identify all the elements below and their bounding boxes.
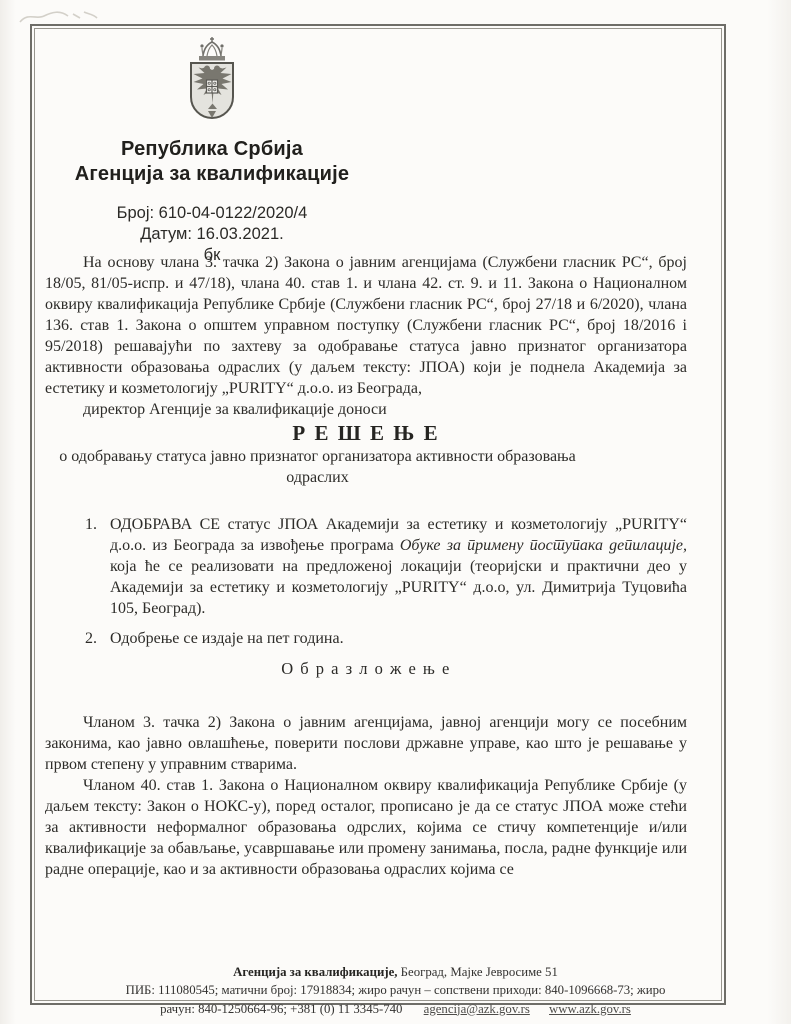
- decision-title: Р Е Ш Е Њ Е: [45, 420, 687, 446]
- decision-item-1: 1. ОДОБРАВА СЕ статус ЈПОА Академији за …: [45, 514, 687, 619]
- item-text: ОДОБРАВА СЕ статус ЈПОА Академији за ест…: [110, 514, 687, 619]
- item-text-after: која ће се реализовати на предложеној ло…: [110, 558, 687, 617]
- case-number: Број: 610-04-0122/2020/4: [46, 203, 378, 224]
- decision-subtitle: о одобравању статуса јавно признатог орг…: [45, 446, 590, 488]
- footer-website-link[interactable]: www.azk.gov.rs: [549, 1002, 631, 1016]
- scanned-document-page: Република Србија Агенција за квалификаци…: [0, 0, 791, 1024]
- letterhead: Република Србија Агенција за квалификаци…: [46, 36, 378, 266]
- decision-items: 1. ОДОБРАВА СЕ статус ЈПОА Академији за …: [45, 514, 687, 649]
- director-line: директор Агенције за квалификације донос…: [45, 399, 687, 420]
- item-text: Одобрење се издаје на пет година.: [110, 628, 687, 649]
- footer-address: Београд, Мајке Јевросиме 51: [397, 965, 557, 979]
- rationale-paragraph-1: Чланом 3. тачка 2) Закона о јавним агенц…: [45, 712, 687, 775]
- item-number: 2.: [85, 628, 110, 649]
- footer-accounts: рачун: 840-1250664-96; +381 (0) 11 3345-…: [160, 1002, 402, 1016]
- org-name-agency: Агенција за квалификације: [46, 162, 378, 187]
- rationale-paragraph-2: Чланом 40. став 1. Закона о Националном …: [45, 775, 687, 880]
- footer-contact-line: рачун: 840-1250664-96; +381 (0) 11 3345-…: [0, 1000, 791, 1019]
- document-footer: Агенција за квалификације, Београд, Мајк…: [0, 963, 791, 1019]
- document-date: Датум: 16.03.2021.: [46, 224, 378, 245]
- decision-item-2: 2. Одобрење се издаје на пет година.: [45, 628, 687, 649]
- serbia-coat-of-arms-icon: [183, 36, 241, 130]
- footer-address-line: Агенција за квалификације, Београд, Мајк…: [0, 963, 791, 982]
- program-name-italic: Обуке за примену поступака депилације,: [400, 537, 687, 554]
- preamble-paragraph: На основу члана 3. тачка 2) Закона о јав…: [45, 252, 687, 399]
- rationale-heading: О б р а з л о ж е њ е: [45, 658, 687, 679]
- org-name-country: Република Србија: [46, 137, 378, 162]
- document-body: На основу члана 3. тачка 2) Закона о јав…: [45, 252, 687, 880]
- footer-org-name: Агенција за квалификације,: [233, 965, 397, 979]
- item-number: 1.: [85, 514, 110, 619]
- item-text-before: Одобрење се издаје на пет година.: [110, 630, 344, 647]
- footer-email-link[interactable]: agencija@azk.gov.rs: [424, 1002, 530, 1016]
- footer-registration-line: ПИБ: 111080545; матични број: 17918834; …: [0, 981, 791, 1000]
